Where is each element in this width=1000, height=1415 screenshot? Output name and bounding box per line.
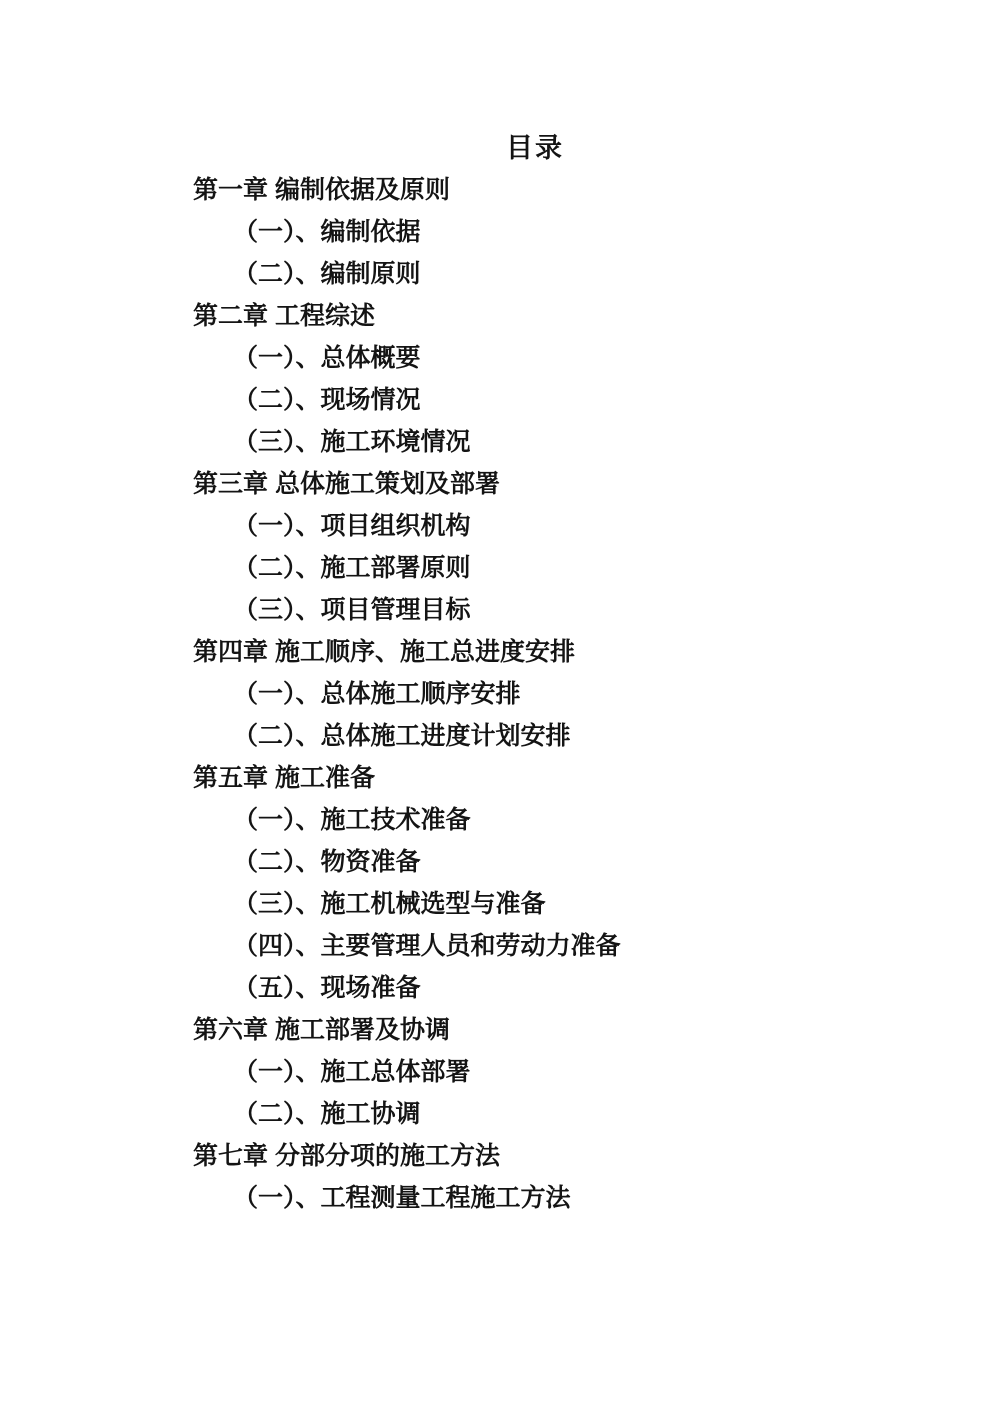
toc-entry-5-1: （一）、施工技术准备	[193, 799, 877, 841]
toc-entry-1-1: （一）、编制依据	[193, 211, 877, 253]
toc-entry-7-1: （一）、工程测量工程施工方法	[193, 1177, 877, 1219]
toc-entry-1-2: （二）、编制原则	[193, 253, 877, 295]
toc-entry-5-2: （二）、物资准备	[193, 841, 877, 883]
toc-entry-chapter-4: 第四章 施工顺序、施工总进度安排	[193, 631, 877, 673]
toc-entry-3-1: （一）、项目组织机构	[193, 505, 877, 547]
toc-entry-chapter-1: 第一章 编制依据及原则	[193, 169, 877, 211]
toc-entry-5-5: （五）、现场准备	[193, 967, 877, 1009]
document-page: 目录 第一章 编制依据及原则 （一）、编制依据 （二）、编制原则 第二章 工程综…	[0, 0, 1000, 1415]
toc-entry-4-1: （一）、总体施工顺序安排	[193, 673, 877, 715]
toc-entry-chapter-5: 第五章 施工准备	[193, 757, 877, 799]
toc-entry-chapter-6: 第六章 施工部署及协调	[193, 1009, 877, 1051]
toc-entry-chapter-3: 第三章 总体施工策划及部署	[193, 463, 877, 505]
toc-entry-3-2: （二）、施工部署原则	[193, 547, 877, 589]
toc-entry-chapter-2: 第二章 工程综述	[193, 295, 877, 337]
toc-entry-2-3: （三）、施工环境情况	[193, 421, 877, 463]
toc-entry-chapter-7: 第七章 分部分项的施工方法	[193, 1135, 877, 1177]
toc-entry-5-4: （四）、主要管理人员和劳动力准备	[193, 925, 877, 967]
toc-entry-2-1: （一）、总体概要	[193, 337, 877, 379]
toc-entry-2-2: （二）、现场情况	[193, 379, 877, 421]
toc-entry-3-3: （三）、项目管理目标	[193, 589, 877, 631]
toc-entry-6-1: （一）、施工总体部署	[193, 1051, 877, 1093]
toc-entry-5-3: （三）、施工机械选型与准备	[193, 883, 877, 925]
toc-entry-6-2: （二）、施工协调	[193, 1093, 877, 1135]
toc-title: 目录	[193, 127, 877, 169]
toc-entry-4-2: （二）、总体施工进度计划安排	[193, 715, 877, 757]
